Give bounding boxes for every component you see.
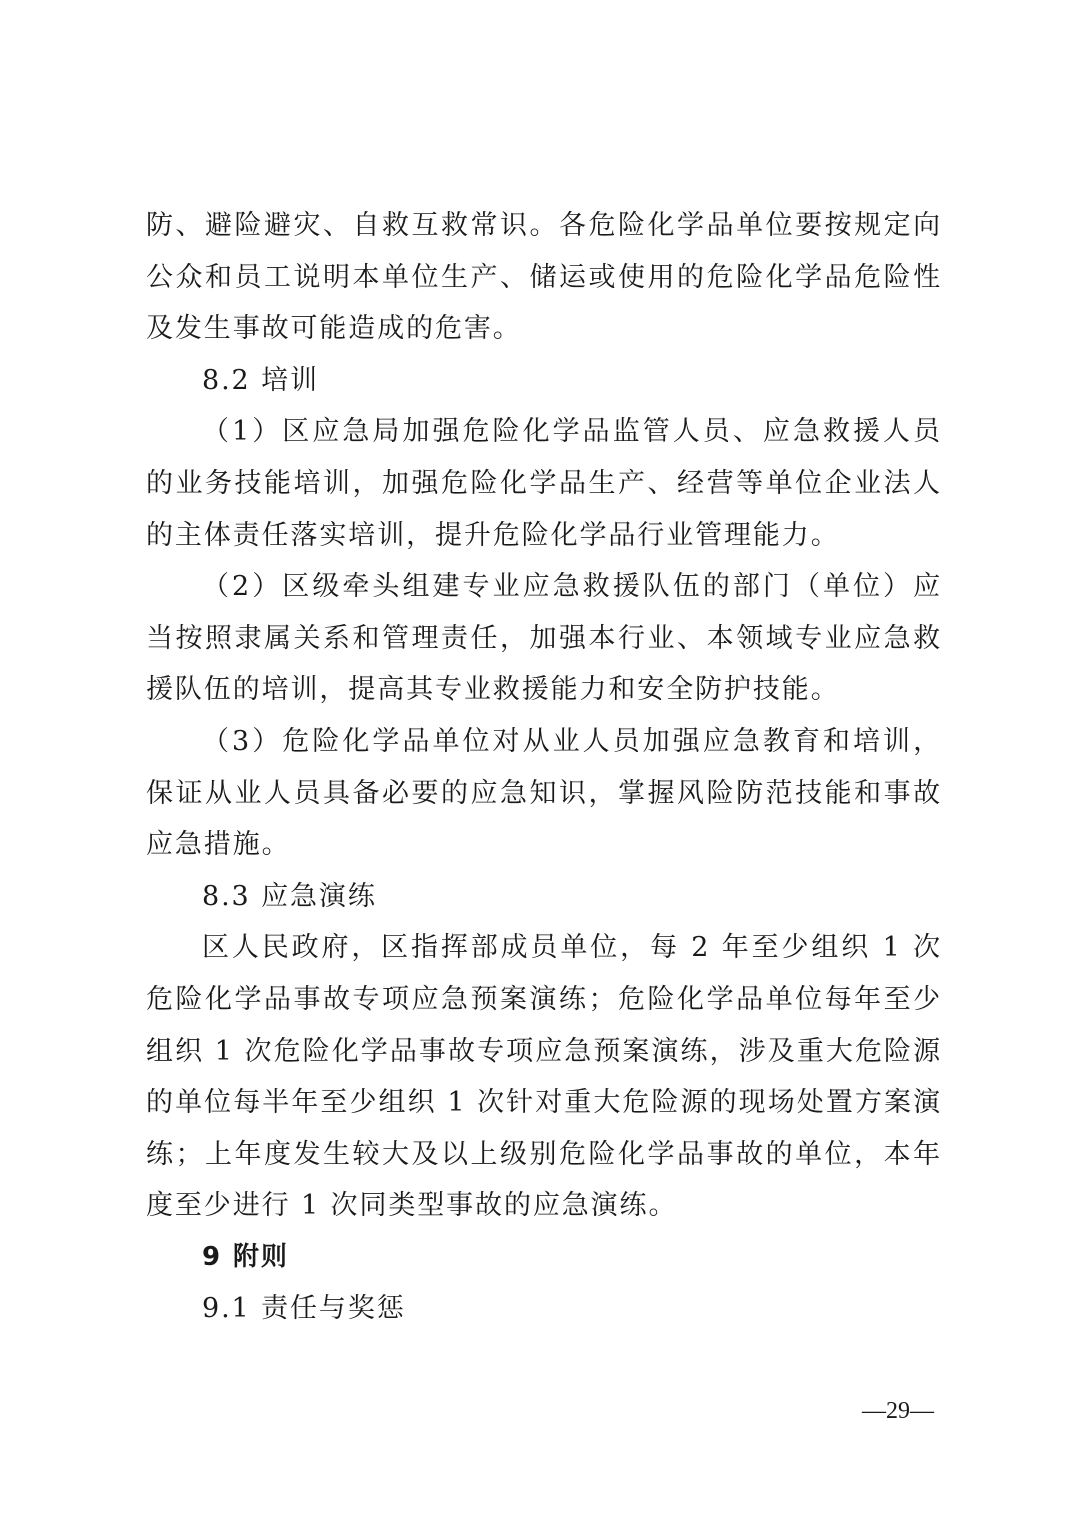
- paragraph-drills: 区人民政府，区指挥部成员单位，每 2 年至少组织 1 次危险化学品事故专项应急预…: [146, 922, 942, 1232]
- paragraph-training-2: （2）区级牵头组建专业应急救援队伍的部门（单位）应当按照隶属关系和管理责任，加强…: [146, 561, 942, 716]
- section-heading-8-2: 8.2 培训: [146, 355, 942, 407]
- paragraph-training-1: （1）区应急局加强危险化学品监管人员、应急救援人员的业务技能培训，加强危险化学品…: [146, 406, 942, 561]
- section-heading-9: 9 附则: [146, 1232, 942, 1284]
- page-body: 防、避险避灾、自救互救常识。各危险化学品单位要按规定向公众和员工说明本单位生产、…: [146, 200, 942, 1335]
- paragraph-training-3: （3）危险化学品单位对从业人员加强应急教育和培训，保证从业人员具备必要的应急知识…: [146, 716, 942, 871]
- section-heading-9-1: 9.1 责任与奖惩: [146, 1283, 942, 1335]
- paragraph-public-awareness: 防、避险避灾、自救互救常识。各危险化学品单位要按规定向公众和员工说明本单位生产、…: [146, 200, 942, 355]
- document-page: 防、避险避灾、自救互救常识。各危险化学品单位要按规定向公众和员工说明本单位生产、…: [0, 0, 1074, 1520]
- section-heading-8-3: 8.3 应急演练: [146, 871, 942, 923]
- page-number: —29—: [862, 1398, 934, 1425]
